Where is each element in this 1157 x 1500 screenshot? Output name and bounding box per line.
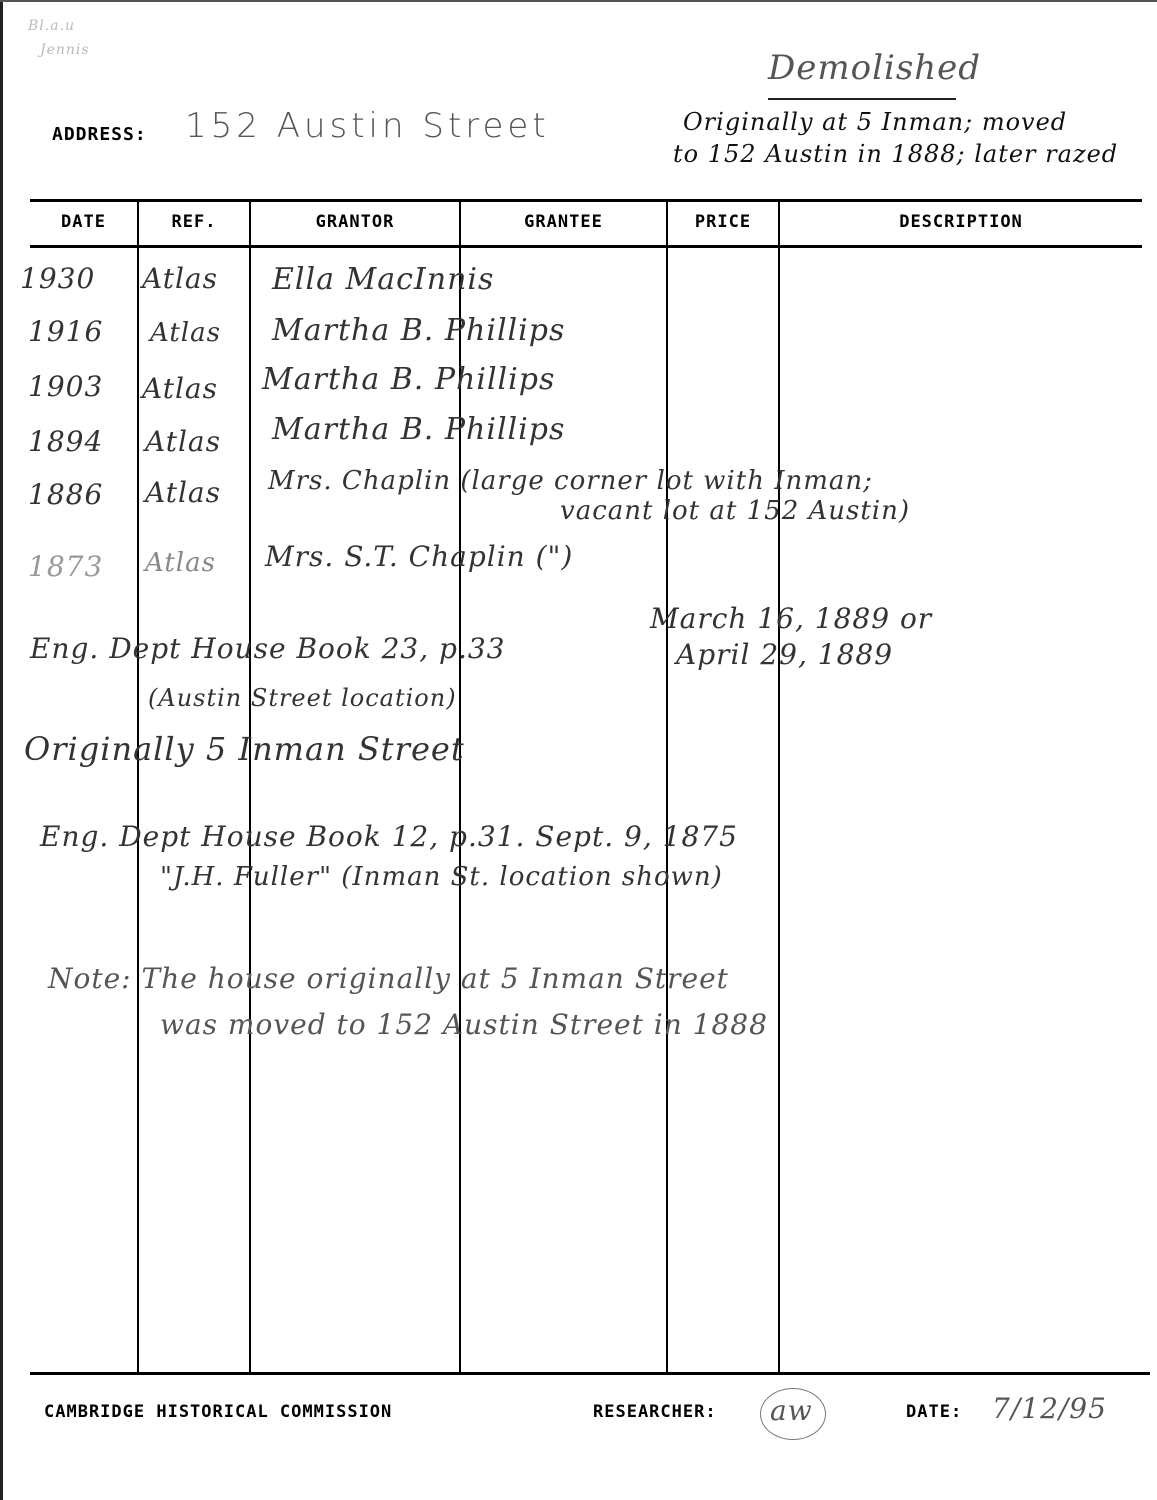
footer-organization: CAMBRIDGE HISTORICAL COMMISSION bbox=[44, 1402, 392, 1422]
row-entry: Mrs. S.T. Chaplin (") bbox=[265, 540, 573, 573]
table-bottom-rule bbox=[30, 1372, 1150, 1375]
note-line: Eng. Dept House Book 23, p.33 bbox=[30, 632, 505, 665]
row-entry: Ella MacInnis bbox=[272, 262, 494, 297]
column-divider-4 bbox=[666, 199, 668, 1374]
corner-note-line-1: Bl.a.u bbox=[28, 18, 75, 34]
row-entry: Martha B. Phillips bbox=[272, 412, 565, 447]
row-ref: Atlas bbox=[145, 548, 216, 578]
status-stamp: Demolished bbox=[768, 48, 981, 88]
row-entry: Martha B. Phillips bbox=[262, 362, 555, 397]
header-description: DESCRIPTION bbox=[780, 212, 1142, 232]
header-price: PRICE bbox=[668, 212, 778, 232]
property-record-card: Bl.a.u Jennis ADDRESS: 152 Austin Street… bbox=[0, 0, 1157, 1500]
header-grantor: GRANTOR bbox=[251, 212, 459, 232]
note-line: was moved to 152 Austin Street in 1888 bbox=[160, 1008, 768, 1041]
scan-edge-left bbox=[0, 0, 3, 1500]
column-divider-2 bbox=[249, 199, 251, 1374]
column-divider-5 bbox=[778, 199, 780, 1374]
table-top-rule bbox=[30, 199, 1142, 202]
table-header-rule bbox=[30, 245, 1142, 248]
note-line: (Austin Street location) bbox=[148, 684, 457, 712]
row-entry: Martha B. Phillips bbox=[272, 313, 565, 348]
header-grantee: GRANTEE bbox=[461, 212, 666, 232]
researcher-initials: aw bbox=[770, 1394, 813, 1427]
row-ref: Atlas bbox=[142, 262, 218, 295]
note-line: Eng. Dept House Book 12, p.31. Sept. 9, … bbox=[40, 820, 738, 853]
column-divider-1 bbox=[137, 199, 139, 1374]
status-underline bbox=[768, 98, 956, 100]
date-value: 7/12/95 bbox=[992, 1392, 1107, 1425]
row-entry-continued: vacant lot at 152 Austin) bbox=[560, 496, 910, 526]
address-label: ADDRESS: bbox=[52, 124, 147, 145]
status-note-line-1: Originally at 5 Inman; moved bbox=[683, 108, 1067, 136]
address-value: 152 Austin Street bbox=[185, 106, 550, 146]
row-ref: Atlas bbox=[145, 476, 221, 509]
row-date: 1903 bbox=[28, 370, 103, 403]
date-label: DATE: bbox=[906, 1402, 962, 1422]
row-ref: Atlas bbox=[142, 372, 218, 405]
note-line: Note: The house originally at 5 Inman St… bbox=[48, 962, 729, 995]
row-date: 1916 bbox=[28, 315, 103, 348]
scan-edge-top bbox=[0, 0, 1157, 2]
note-line: April 29, 1889 bbox=[676, 638, 893, 671]
corner-note-line-2: Jennis bbox=[40, 42, 90, 58]
row-date: 1930 bbox=[20, 262, 95, 295]
researcher-label: RESEARCHER: bbox=[593, 1402, 717, 1422]
row-entry: Mrs. Chaplin (large corner lot with Inma… bbox=[268, 466, 873, 496]
header-date: DATE bbox=[30, 212, 137, 232]
header-ref: REF. bbox=[139, 212, 249, 232]
note-line: Originally 5 Inman Street bbox=[24, 730, 465, 768]
row-ref: Atlas bbox=[150, 318, 221, 348]
row-date: 1894 bbox=[28, 425, 103, 458]
row-date: 1873 bbox=[28, 550, 103, 583]
note-line: "J.H. Fuller" (Inman St. location shown) bbox=[160, 862, 723, 892]
row-date: 1886 bbox=[28, 478, 103, 511]
note-line: March 16, 1889 or bbox=[650, 602, 932, 635]
row-ref: Atlas bbox=[145, 425, 221, 458]
status-note-line-2: to 152 Austin in 1888; later razed bbox=[673, 140, 1118, 168]
